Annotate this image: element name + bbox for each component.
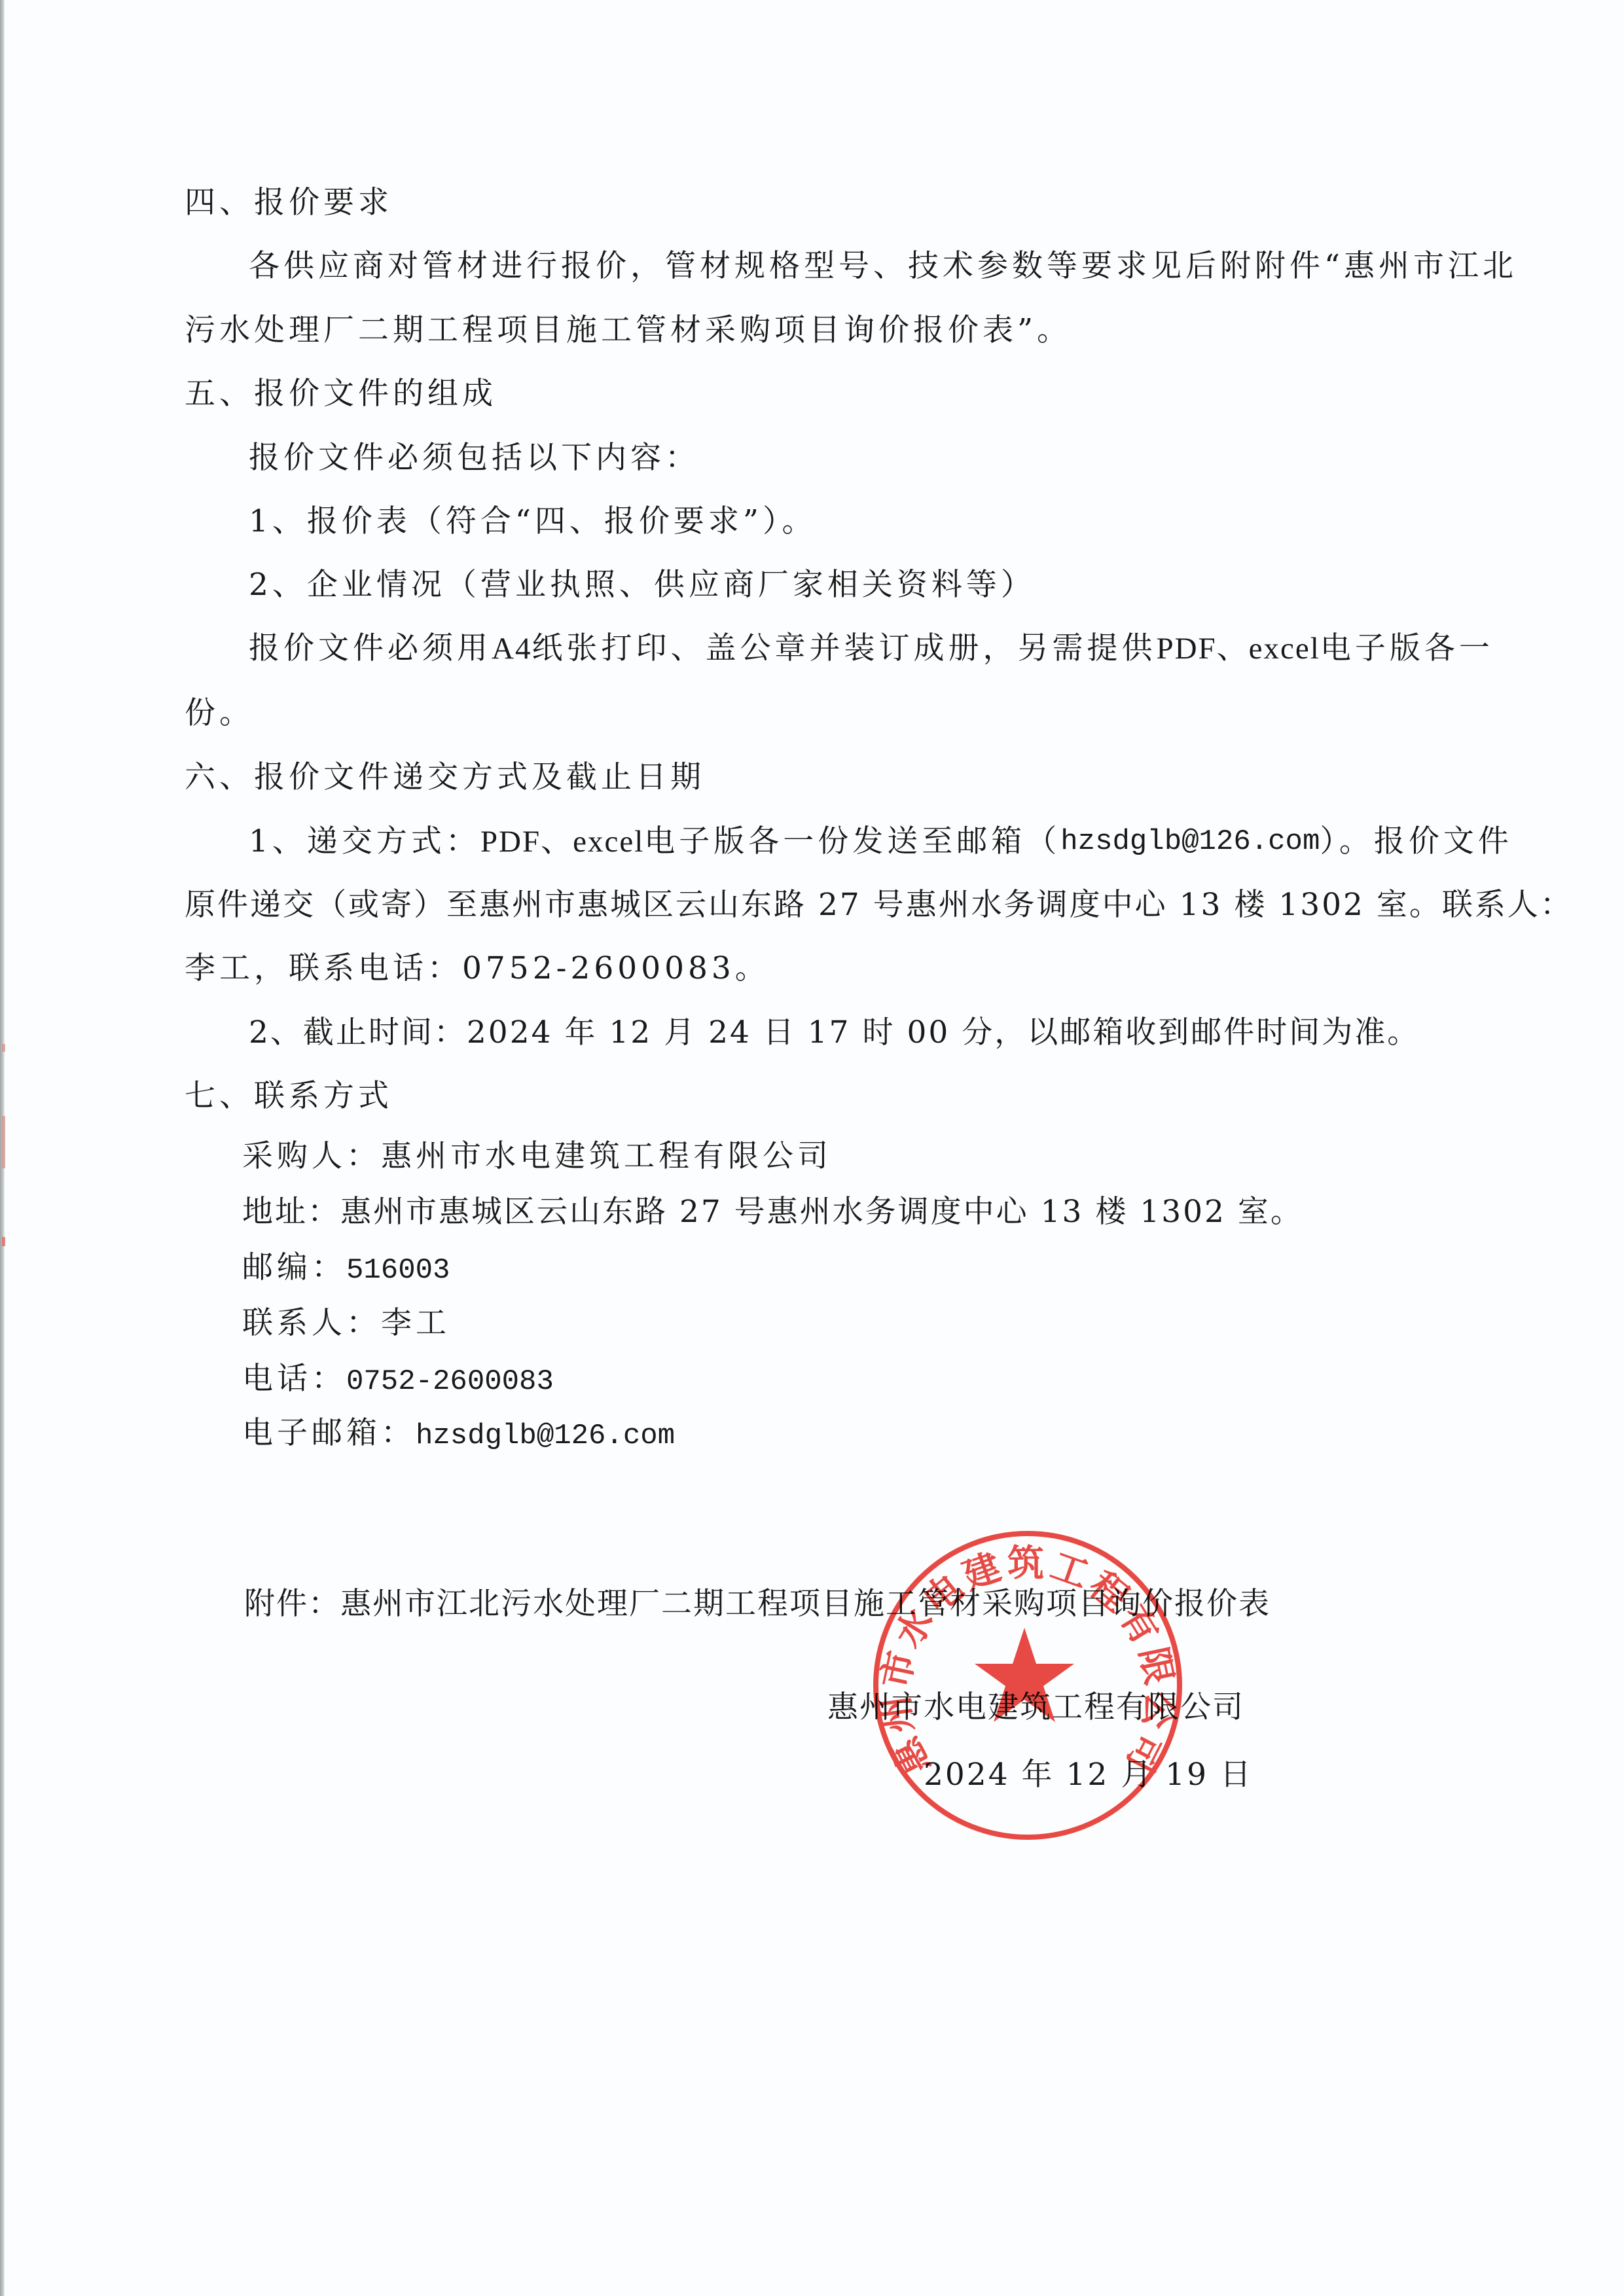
contact-person: 联系人：李工 xyxy=(242,1304,450,1343)
attachment-note: 附件：惠州市江北污水处理厂二期工程项目施工管材采购项目询价报价表 xyxy=(244,1585,1271,1624)
scan-edge-mark xyxy=(2,1116,5,1168)
section6-item1-line3: 李工，联系电话：0752-2600083。 xyxy=(185,949,770,988)
contact-label: 采购人： xyxy=(242,1138,381,1174)
scan-edge-mark xyxy=(2,1237,5,1246)
section5-paragraph-line2: 份。 xyxy=(185,694,254,733)
contact-label: 电话： xyxy=(242,1361,346,1397)
section6-item1-line1: 1、递交方式： PDF、excel 电子版各一份发送至邮箱（ hzsdglb@1… xyxy=(249,822,1451,861)
text-run: 报价文件必须用 xyxy=(249,629,492,668)
text-run-latin: PDF、excel xyxy=(480,822,644,861)
section6-item-2: 2、截止时间：2024 年 12 月 24 日 17 时 00 分，以邮箱收到邮… xyxy=(249,1013,1420,1052)
contact-value: 惠州市水电建筑工程有限公司 xyxy=(381,1138,832,1174)
contact-value: 李工 xyxy=(381,1305,450,1341)
section4-paragraph-line2: 污水处理厂二期工程项目施工管材采购项目询价报价表”。 xyxy=(185,311,1072,350)
contact-purchaser: 采购人：惠州市水电建筑工程有限公司 xyxy=(242,1137,832,1176)
email-link[interactable]: hzsdglb@126.com xyxy=(416,1420,675,1452)
contact-value: 0752-2600083 xyxy=(346,1365,554,1398)
contact-postcode: 邮编：516003 xyxy=(242,1248,450,1287)
contact-phone: 电话：0752-2600083 xyxy=(242,1359,554,1399)
contact-email: 电子邮箱：hzsdglb@126.com xyxy=(242,1414,675,1453)
text-run-latin: A4 xyxy=(492,629,532,668)
contact-label: 邮编： xyxy=(242,1249,346,1285)
section-heading-6: 六、报价文件递交方式及截止日期 xyxy=(185,758,705,797)
text-run-latin: PDF、excel xyxy=(1156,629,1320,668)
section5-intro: 报价文件必须包括以下内容： xyxy=(249,439,700,478)
contact-label: 电子邮箱： xyxy=(242,1415,416,1451)
text-run: ）。报价文件 xyxy=(1320,822,1513,861)
email-link[interactable]: hzsdglb@126.com xyxy=(1060,822,1320,861)
contact-label: 联系人： xyxy=(242,1305,381,1341)
contact-value: 惠州市惠城区云山东路 27 号惠州水务调度中心 13 楼 1302 室。 xyxy=(340,1194,1303,1230)
section6-item1-line2: 原件递交（或寄）至惠州市惠城区云山东路 27 号惠州水务调度中心 13 楼 13… xyxy=(185,886,1451,925)
section-heading-7: 七、联系方式 xyxy=(185,1077,393,1116)
signature-date: 2024 年 12 月 19 日 xyxy=(924,1755,1253,1795)
contact-value: 516003 xyxy=(346,1254,450,1287)
text-run: 电子版各一份发送至邮箱（ xyxy=(644,822,1060,861)
signature-company: 惠州市水电建筑工程有限公司 xyxy=(827,1688,1244,1727)
scan-edge-mark xyxy=(2,1044,5,1052)
text-run: 纸张打印、盖公章并装订成册，另需提供 xyxy=(532,629,1156,668)
seal-text: 惠州市水电建筑工程有限公司 xyxy=(874,1543,1182,1783)
contact-label: 地址： xyxy=(242,1194,340,1230)
section5-paragraph-line1: 报价文件必须用 A4 纸张打印、盖公章并装订成册，另需提供 PDF、excel … xyxy=(249,629,1451,668)
section-heading-4: 四、报价要求 xyxy=(185,183,393,223)
contact-address: 地址：惠州市惠城区云山东路 27 号惠州水务调度中心 13 楼 1302 室。 xyxy=(242,1193,1303,1232)
text-run: 1、递交方式： xyxy=(249,822,480,861)
section5-item-2: 2、企业情况（营业执照、供应商厂家相关资料等） xyxy=(249,565,1036,605)
text-run: 电子版各一 xyxy=(1320,629,1494,668)
section-heading-5: 五、报价文件的组成 xyxy=(185,374,497,414)
section4-paragraph-line1: 各供应商对管材进行报价，管材规格型号、技术参数等要求见后附附件“惠州市江北 xyxy=(249,247,1451,286)
section5-item-1: 1、报价表（符合“四、报价要求”）。 xyxy=(249,502,816,541)
